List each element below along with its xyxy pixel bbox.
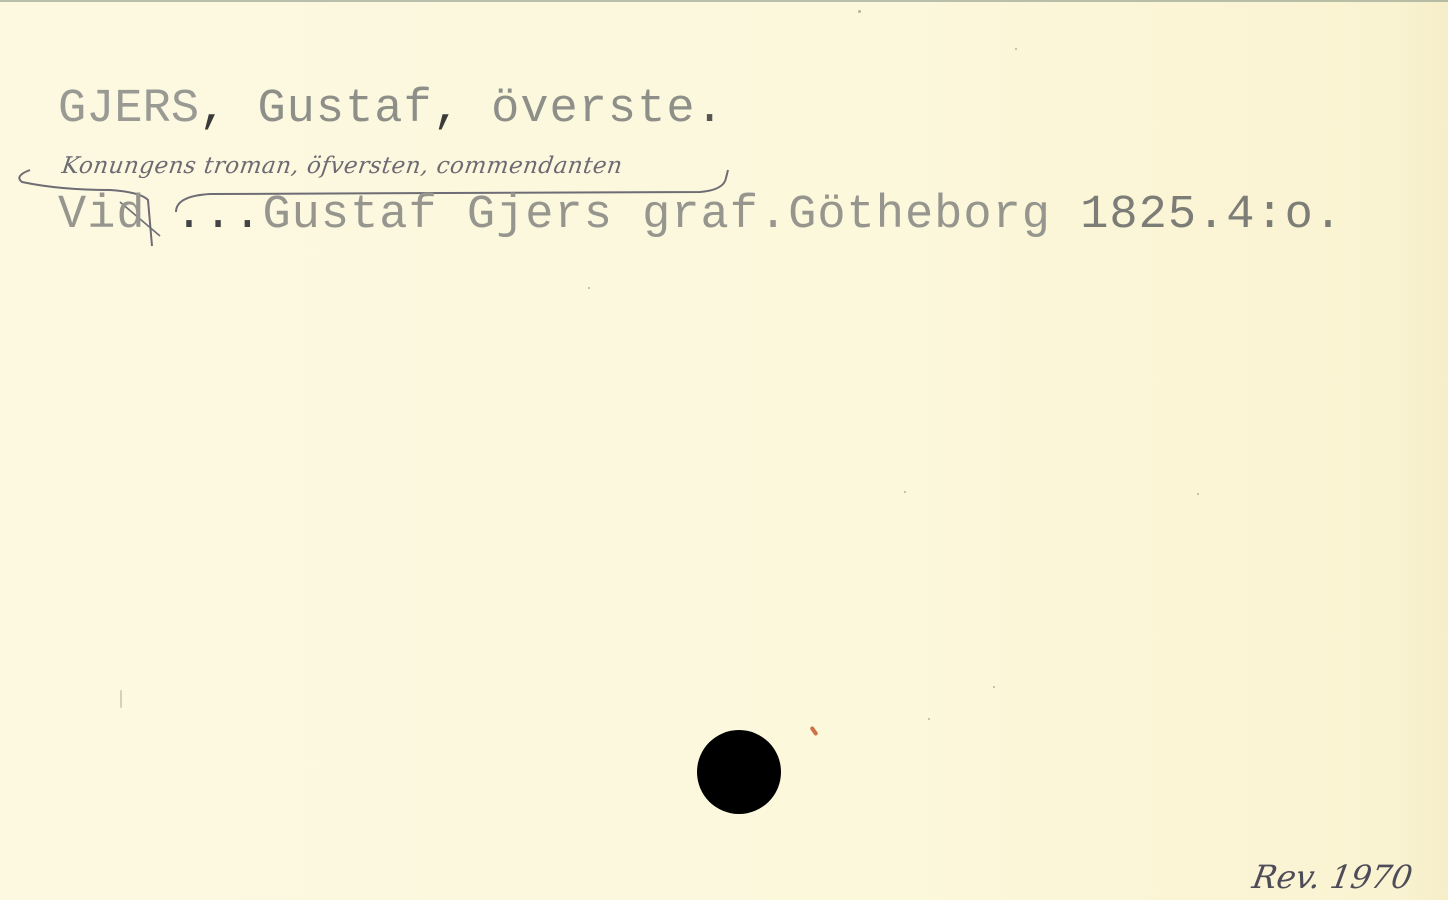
title-line: Vid ...Gustaf Gjers graf.Götheborg 1825.… [58, 188, 1343, 244]
speck [928, 718, 930, 720]
speck [1197, 493, 1199, 495]
catalog-card: GJERS, Gustaf, överste. Konungens troman… [0, 0, 1448, 900]
speck [120, 690, 122, 708]
author-surname: GJERS [58, 83, 199, 136]
punch-hole [697, 730, 781, 814]
separator: , [433, 83, 491, 136]
author-title: överste [491, 83, 695, 136]
title-prefix: Vid [58, 189, 146, 242]
speck [858, 10, 861, 13]
card-top-edge [0, 0, 1448, 2]
speck [1015, 48, 1017, 50]
revision-note: Rev. 1970 [1250, 858, 1416, 896]
insertion-bracket-mark [0, 0, 1448, 300]
speck [993, 686, 995, 688]
title-text: Gustaf Gjers graf.Götheborg [262, 189, 1051, 242]
stain-mark [809, 726, 818, 736]
author-given-name: Gustaf [257, 83, 432, 136]
speck [904, 491, 906, 493]
heading-period: . [696, 83, 725, 136]
separator: , [199, 83, 257, 136]
handwritten-insertion: Konungens troman, öfversten, commendante… [60, 153, 624, 179]
ellipsis: ... [175, 189, 263, 242]
card-heading: GJERS, Gustaf, överste. [58, 82, 725, 138]
speck [588, 287, 590, 289]
imprint: 1825.4:o. [1080, 189, 1343, 242]
